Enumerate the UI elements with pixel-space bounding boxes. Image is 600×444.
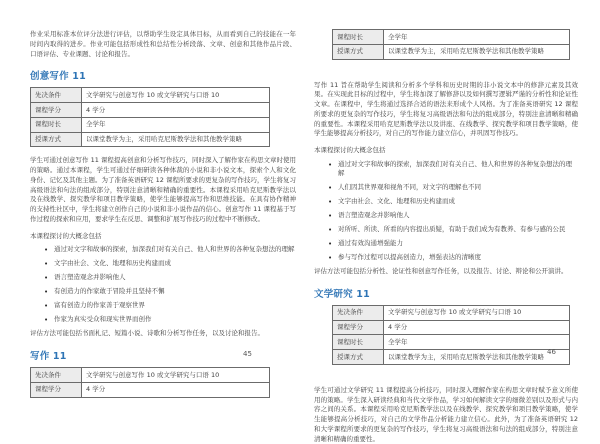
course-table-writing-continued: 课程时长 全学年 授课方式 以课堂教学为主，采用哈克尼斯教学法和其他教学策略	[332, 29, 570, 60]
list-item: 通过有效沟通增强能力	[328, 239, 578, 248]
list-item: 语言塑造观念并影响他人	[328, 211, 578, 220]
row-value: 以课堂教学为主，采用哈克尼斯教学法和其他教学策略	[82, 132, 270, 147]
heading-creative-writing-11: 创意写作 11	[30, 68, 296, 82]
row-label: 授课方式	[333, 350, 384, 365]
list-item: 对所听、所读、所看的内容提出质疑，有助于我们成为有教养、有参与感的公民	[328, 225, 578, 234]
table-row-duration: 课程时长 全学年	[333, 335, 570, 350]
table-row-prerequisite: 先决条件 文学研究与创意写作 10 或文学研究与口语 10	[31, 368, 270, 383]
table-row-delivery: 授课方式 以课堂教学为主，采用哈克尼斯教学法和其他教学策略	[333, 44, 570, 59]
table-row-duration: 课程时长 全学年	[333, 30, 570, 45]
writing-assessment: 评估方法可能包括分析性、论证性和创意写作任务，以及报告、讨论、辩论和公开演讲。	[314, 267, 578, 277]
list-item: 文字由社会、文化、地理和历史构建而成	[328, 197, 578, 206]
table-row-credits: 课程学分 4 学分	[31, 382, 270, 388]
big-ideas-list: 通过对文字和故事的探索，加深我们对有关自己、他人和世界的各种复杂想法的理解 文字…	[30, 245, 296, 324]
row-value: 以课堂教学为主，采用哈克尼斯教学法和其他教学策略	[384, 44, 570, 59]
row-label: 课程学分	[31, 382, 82, 388]
row-label: 课程学分	[333, 320, 384, 335]
table-row-delivery: 授课方式 以课堂教学为主，采用哈克尼斯教学法和其他教学策略	[333, 350, 570, 365]
heading-literary-studies-11: 文学研究 11	[314, 286, 578, 300]
big-ideas-intro: 本课程探讨的大概念包括	[30, 232, 296, 242]
table-row-credits: 课程学分 4 学分	[333, 320, 570, 335]
list-item: 语言塑造观念并影响他人	[44, 273, 296, 282]
table-row-prerequisite: 先决条件 文学研究与创意写作 10 或文学研究与口语 10	[333, 305, 570, 320]
page-number: 46	[547, 348, 556, 356]
row-label: 先决条件	[333, 305, 384, 320]
row-value: 全学年	[384, 335, 570, 350]
list-item: 富有创造力的作家善于观察世界	[44, 301, 296, 310]
row-value: 以课堂教学为主，采用哈克尼斯教学法和其他教学策略	[384, 350, 570, 365]
page-46: 课程时长 全学年 授课方式 以课堂教学为主，采用哈克尼斯教学法和其他教学策略 写…	[314, 0, 578, 388]
big-ideas-intro: 本课程探讨的大概念包括	[314, 146, 578, 156]
row-label: 课程时长	[333, 30, 384, 45]
row-label: 授课方式	[333, 44, 384, 59]
row-value: 全学年	[82, 117, 270, 132]
list-item: 通过对文字和故事的探索，加深我们对有关自己、他人和世界的各种复杂想法的理解	[44, 245, 296, 254]
row-value: 文学研究与创意写作 10 或文学研究与口语 10	[82, 88, 270, 103]
table-row-duration: 课程时长 全学年	[31, 117, 270, 132]
row-label: 先决条件	[31, 368, 82, 383]
course-table-literary-studies: 先决条件 文学研究与创意写作 10 或文学研究与口语 10 课程学分 4 学分 …	[332, 305, 570, 365]
table-row-credits: 课程学分 4 学分	[31, 103, 270, 118]
row-value: 文学研究与创意写作 10 或文学研究与口语 10	[82, 368, 270, 383]
list-item: 文字由社会、文化、地理和历史构建而成	[44, 259, 296, 268]
row-label: 先决条件	[31, 88, 82, 103]
writing-description: 写作 11 旨在帮助学生阅读和分析多个学科和历史时期的非小说文本中的修辞元素及其…	[314, 81, 578, 140]
row-value: 4 学分	[384, 320, 570, 335]
row-value: 4 学分	[82, 103, 270, 118]
list-item: 通过对文字和故事的探索，加深我们对有关自己、他人和世界的各种复杂想法的理解	[328, 160, 578, 179]
page-number: 45	[243, 350, 252, 358]
grading-intro-paragraph: 作业采用标准本位评分法进行评估，以帮助学生设定具体目标，从而看到自己的技能在一年…	[30, 30, 296, 59]
row-label: 课程学分	[31, 103, 82, 118]
table-row-prerequisite: 先决条件 文学研究与创意写作 10 或文学研究与口语 10	[31, 88, 270, 103]
row-value: 全学年	[384, 30, 570, 45]
list-item: 作家为真实受众和现实世界而创作	[44, 315, 296, 324]
list-item: 有创造力的作家敢于冒险并且坚持不懈	[44, 287, 296, 296]
creative-writing-assessment: 评估方法可能包括书面札记、短篇小说、诗歌和分析写作任务，以及讨论和报告。	[30, 329, 296, 339]
creative-writing-description: 学生可通过创意写作 11 课程提高创意和分析写作技巧，同时深入了解作家在构思文章…	[30, 156, 296, 224]
table-row-delivery: 授课方式 以课堂教学为主，采用哈克尼斯教学法和其他教学策略	[31, 132, 270, 147]
list-item: 参与写作过程可以提高创造力，增强表达的清晰度	[328, 253, 578, 262]
big-ideas-list: 通过对文字和故事的探索，加深我们对有关自己、他人和世界的各种复杂想法的理解 人们…	[314, 160, 578, 262]
row-value: 文学研究与创意写作 10 或文学研究与口语 10	[384, 305, 570, 320]
heading-writing-11: 写作 11	[30, 348, 296, 362]
list-item: 人们因其世界观和视角不同，对文字的理解也不同	[328, 183, 578, 192]
row-label: 授课方式	[31, 132, 82, 147]
course-table-creative-writing: 先决条件 文学研究与创意写作 10 或文学研究与口语 10 课程学分 4 学分 …	[30, 87, 270, 147]
course-table-writing: 先决条件 文学研究与创意写作 10 或文学研究与口语 10 课程学分 4 学分	[30, 367, 270, 388]
row-value: 4 学分	[82, 382, 270, 388]
page-45: 作业采用标准本位评分法进行评估，以帮助学生设定具体目标，从而看到自己的技能在一年…	[30, 0, 296, 388]
row-label: 课程时长	[333, 335, 384, 350]
row-label: 课程时长	[31, 117, 82, 132]
